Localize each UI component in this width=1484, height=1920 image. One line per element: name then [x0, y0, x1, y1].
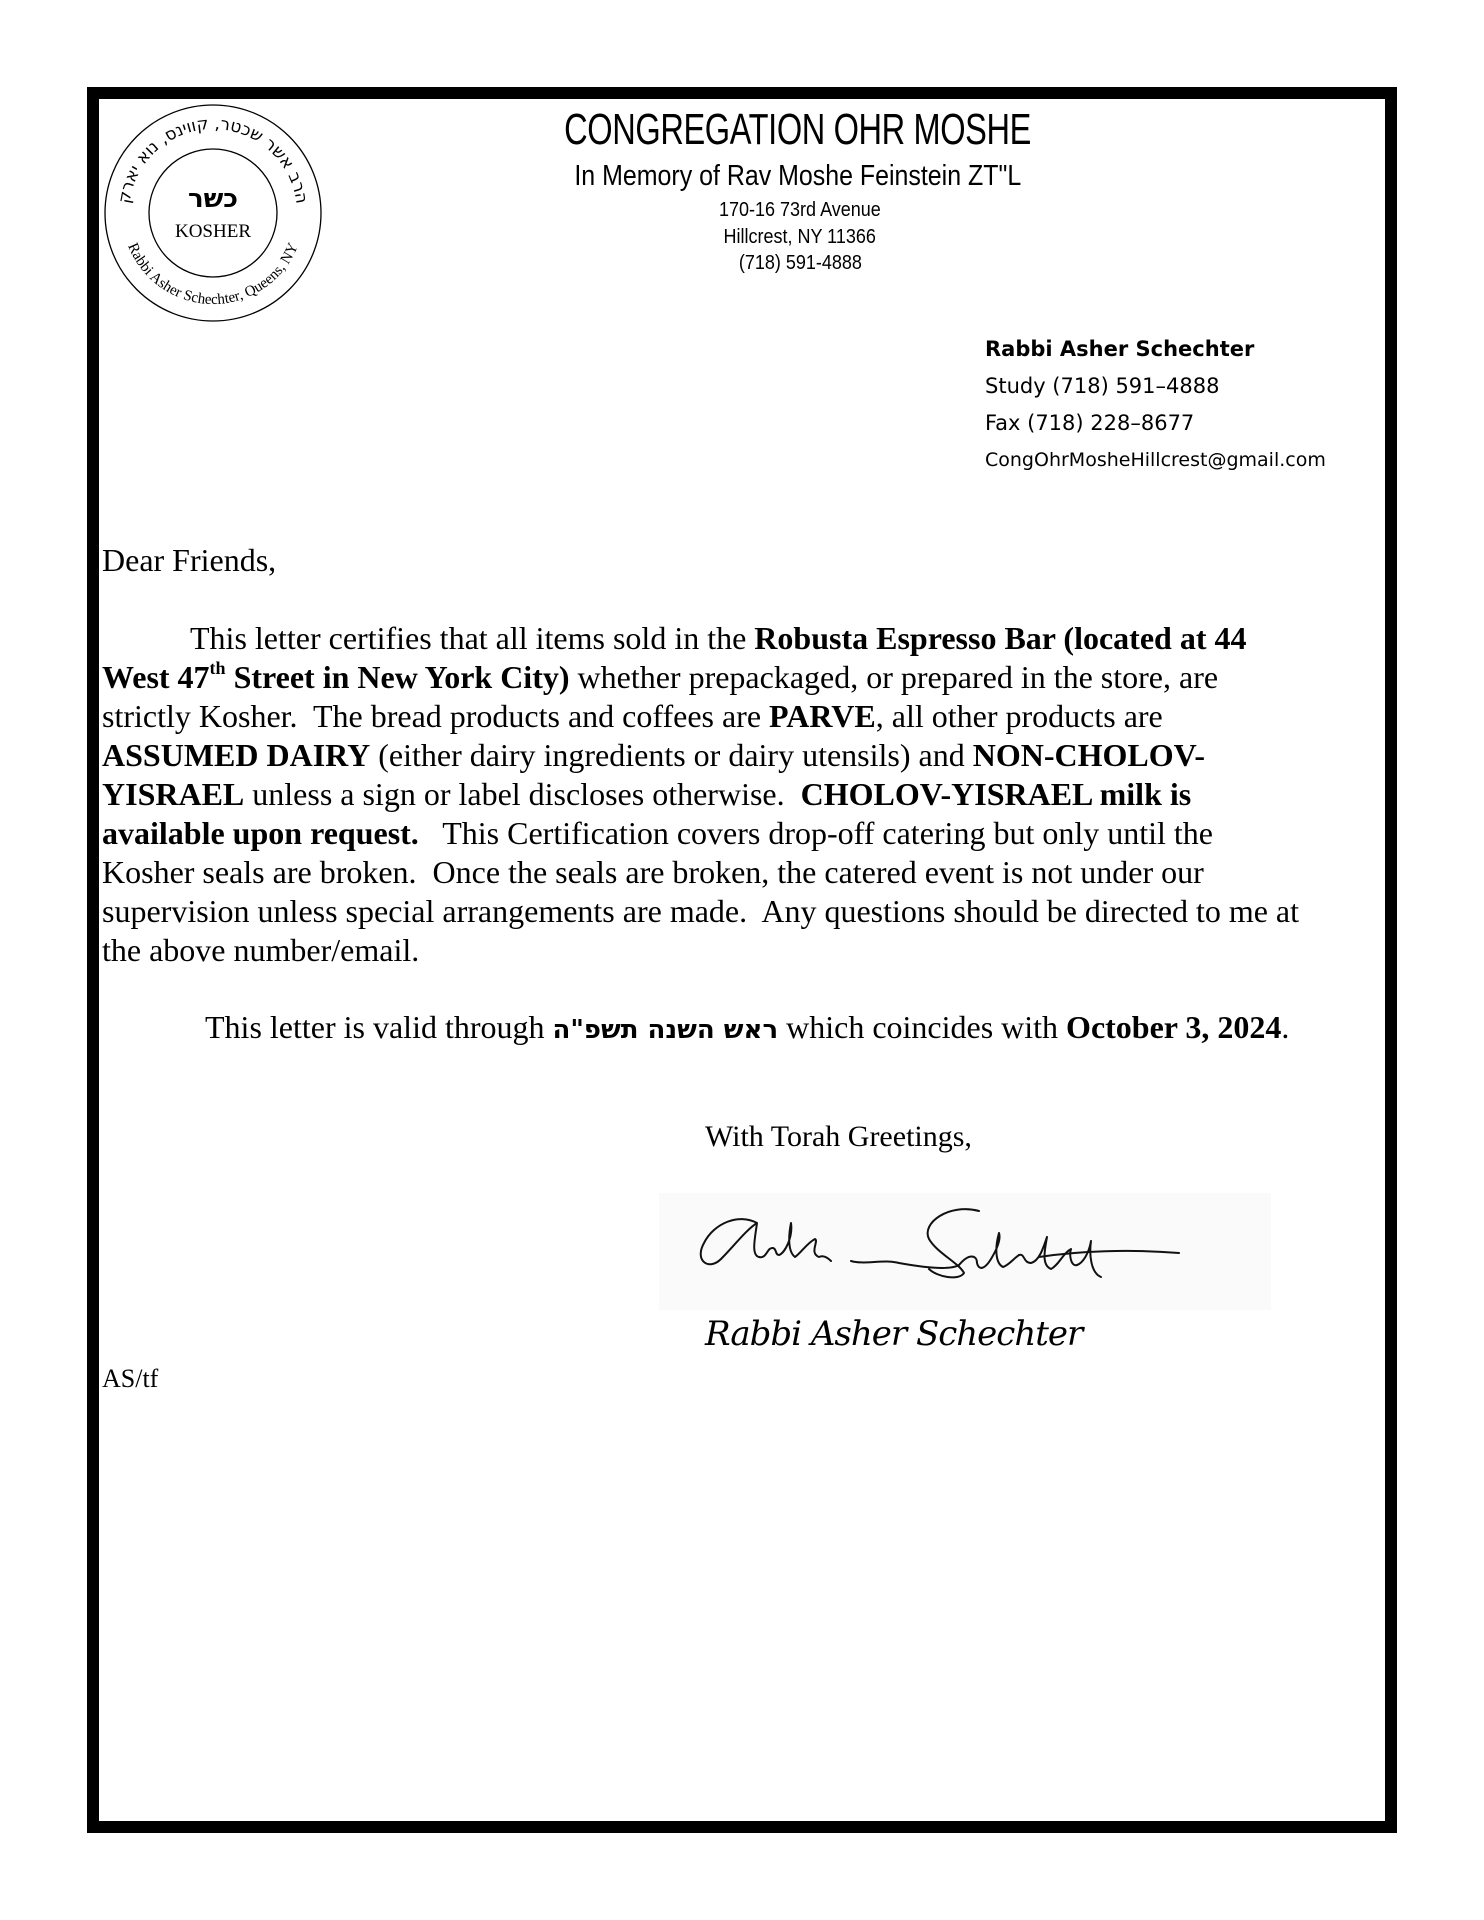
bold-text: ASSUMED DAIRY [102, 737, 370, 773]
paragraph-line: available upon request. This Certificati… [102, 815, 1213, 851]
contact-email[interactable]: CongOhrMosheHillcrest@gmail.com [985, 448, 1326, 472]
bold-text: th [210, 658, 226, 678]
paragraph-line: West 47th Street in New York City) wheth… [102, 659, 1218, 695]
closing: With Torah Greetings, [705, 1119, 972, 1155]
bold-text: West 47 [102, 659, 210, 695]
salutation: Dear Friends, [102, 542, 276, 578]
validity-line: This letter is valid through ראש השנה תש… [205, 1009, 1289, 1048]
contact-study-phone: Study (718) 591–4888 [985, 374, 1219, 398]
text: (either dairy ingredients or dairy utens… [370, 737, 972, 773]
signatory-name: Rabbi Asher Schechter [705, 1315, 1082, 1353]
address-line-1: 170-16 73rd Avenue [0, 199, 1484, 221]
text: whether prepackaged, or prepared in the … [570, 659, 1219, 695]
svg-text:Rabbi Asher Schechter, Queens,: Rabbi Asher Schechter, Queens, NY [124, 241, 302, 308]
bold-text: Robusta Espresso Bar (located at 44 [754, 620, 1246, 656]
seal-ring-english: Rabbi Asher Schechter, Queens, NY [124, 241, 302, 308]
bold-text: NON-CHOLOV- [973, 737, 1205, 773]
validity-hebrew-date: ראש השנה תשפ"ה [553, 1015, 779, 1045]
text: supervision unless special arrangements … [102, 893, 1299, 929]
signature-icon [659, 1193, 1271, 1310]
bold-text: CHOLOV-YISRAEL milk is [801, 776, 1192, 812]
organization-title: CONGREGATION OHR MOSHE [0, 108, 1484, 152]
letterhead-phone: (718) 591-4888 [0, 252, 1484, 274]
text: strictly Kosher. The bread products and … [102, 698, 769, 734]
text: Kosher seals are broken. Once the seals … [102, 854, 1204, 890]
validity-date: October 3, 2024 [1066, 1009, 1281, 1045]
contact-fax: Fax (718) 228–8677 [985, 411, 1194, 435]
paragraph-line: YISRAEL unless a sign or label discloses… [102, 776, 1191, 812]
paragraph-line: This letter certifies that all items sol… [190, 620, 1246, 656]
text: the above number/email. [102, 932, 419, 968]
contact-name: Rabbi Asher Schechter [985, 337, 1254, 361]
paragraph-line: strictly Kosher. The bread products and … [102, 698, 1163, 734]
paragraph-line: ASSUMED DAIRY (either dairy ingredients … [102, 737, 1205, 773]
bold-text: Street in New York City) [226, 659, 570, 695]
validity-middle: which coincides with [778, 1009, 1066, 1045]
paragraph-line: Kosher seals are broken. Once the seals … [102, 854, 1204, 890]
text: This Certification covers drop-off cater… [419, 815, 1213, 851]
address-line-2: Hillcrest, NY 11366 [0, 226, 1484, 248]
text: , all other products are [876, 698, 1163, 734]
initials: AS/tf [102, 1364, 158, 1394]
validity-suffix: . [1281, 1009, 1289, 1045]
validity-prefix: This letter is valid through [205, 1009, 553, 1045]
bold-text: PARVE [769, 698, 876, 734]
paragraph-line: the above number/email. [102, 932, 419, 968]
text: unless a sign or label discloses otherwi… [244, 776, 800, 812]
bold-text: available upon request. [102, 815, 419, 851]
bold-text: YISRAEL [102, 776, 244, 812]
text: This letter certifies that all items sol… [190, 620, 754, 656]
signature-image [659, 1193, 1271, 1310]
dedication-subtitle: In Memory of Rav Moshe Feinstein ZT"L [56, 161, 1484, 191]
paragraph-line: supervision unless special arrangements … [102, 893, 1299, 929]
